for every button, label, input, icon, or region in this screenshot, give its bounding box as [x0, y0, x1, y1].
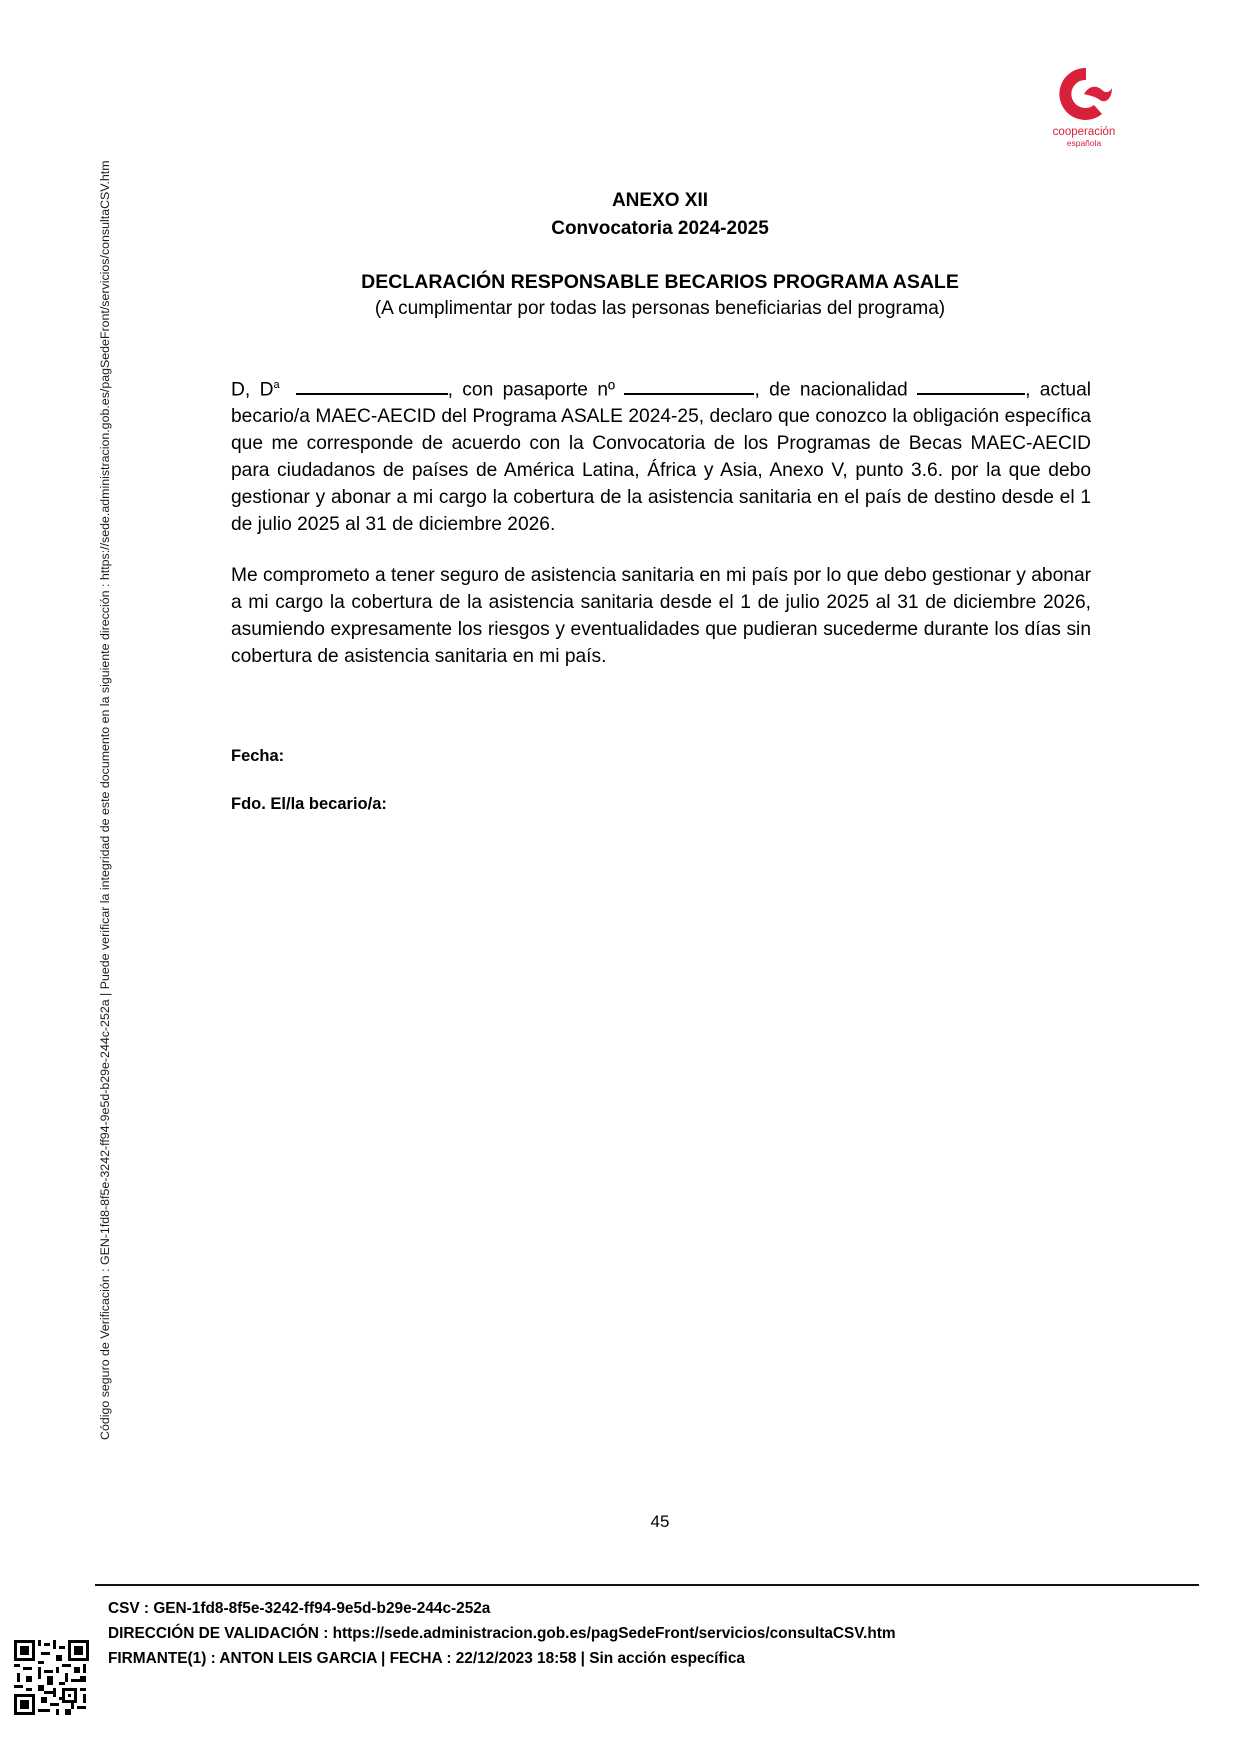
footer-validation-url: DIRECCIÓN DE VALIDACIÓN : https://sede.a…: [108, 1625, 896, 1643]
logo-text-line1: cooperación: [1044, 126, 1124, 138]
p1-prefix: D, D: [231, 379, 273, 400]
p1-rest: , actual becario/a MAEC-AECID del Progra…: [231, 379, 1091, 535]
qr-code-icon: [14, 1640, 89, 1715]
declaration-paragraph-2: Me comprometo a tener seguro de asistenc…: [231, 562, 1091, 670]
footer-divider: [95, 1584, 1199, 1586]
call-heading: Convocatoria 2024-2025: [230, 218, 1090, 240]
cooperacion-espanola-logo-icon: [1056, 64, 1112, 124]
passport-blank-field[interactable]: [624, 377, 754, 395]
signature-label: Fdo. El/la becario/a:: [231, 795, 387, 814]
document-subtitle: (A cumplimentar por todas las personas b…: [230, 298, 1090, 320]
verification-side-note: Código seguro de Verificación : GEN-1fd8…: [98, 140, 112, 1440]
nationality-blank-field[interactable]: [917, 377, 1025, 395]
name-blank-field[interactable]: [296, 377, 448, 395]
date-label: Fecha:: [231, 747, 284, 766]
declaration-paragraph-1: D, Da, con pasaporte nº , de nacionalida…: [231, 372, 1091, 538]
logo-text-line2: española: [1044, 138, 1124, 148]
annex-heading: ANEXO XII: [230, 190, 1090, 212]
document-title: DECLARACIÓN RESPONSABLE BECARIOS PROGRAM…: [230, 271, 1090, 294]
footer-csv: CSV : GEN-1fd8-8f5e-3242-ff94-9e5d-b29e-…: [108, 1600, 490, 1618]
p1-after-passport: , de nacionalidad: [754, 379, 917, 400]
p1-sup: a: [273, 379, 279, 391]
p1-after-name: , con pasaporte nº: [448, 379, 625, 400]
footer-signer: FIRMANTE(1) : ANTON LEIS GARCIA | FECHA …: [108, 1650, 745, 1668]
cooperacion-espanola-logo: cooperación española: [1050, 64, 1160, 148]
page-number: 45: [600, 1512, 720, 1532]
